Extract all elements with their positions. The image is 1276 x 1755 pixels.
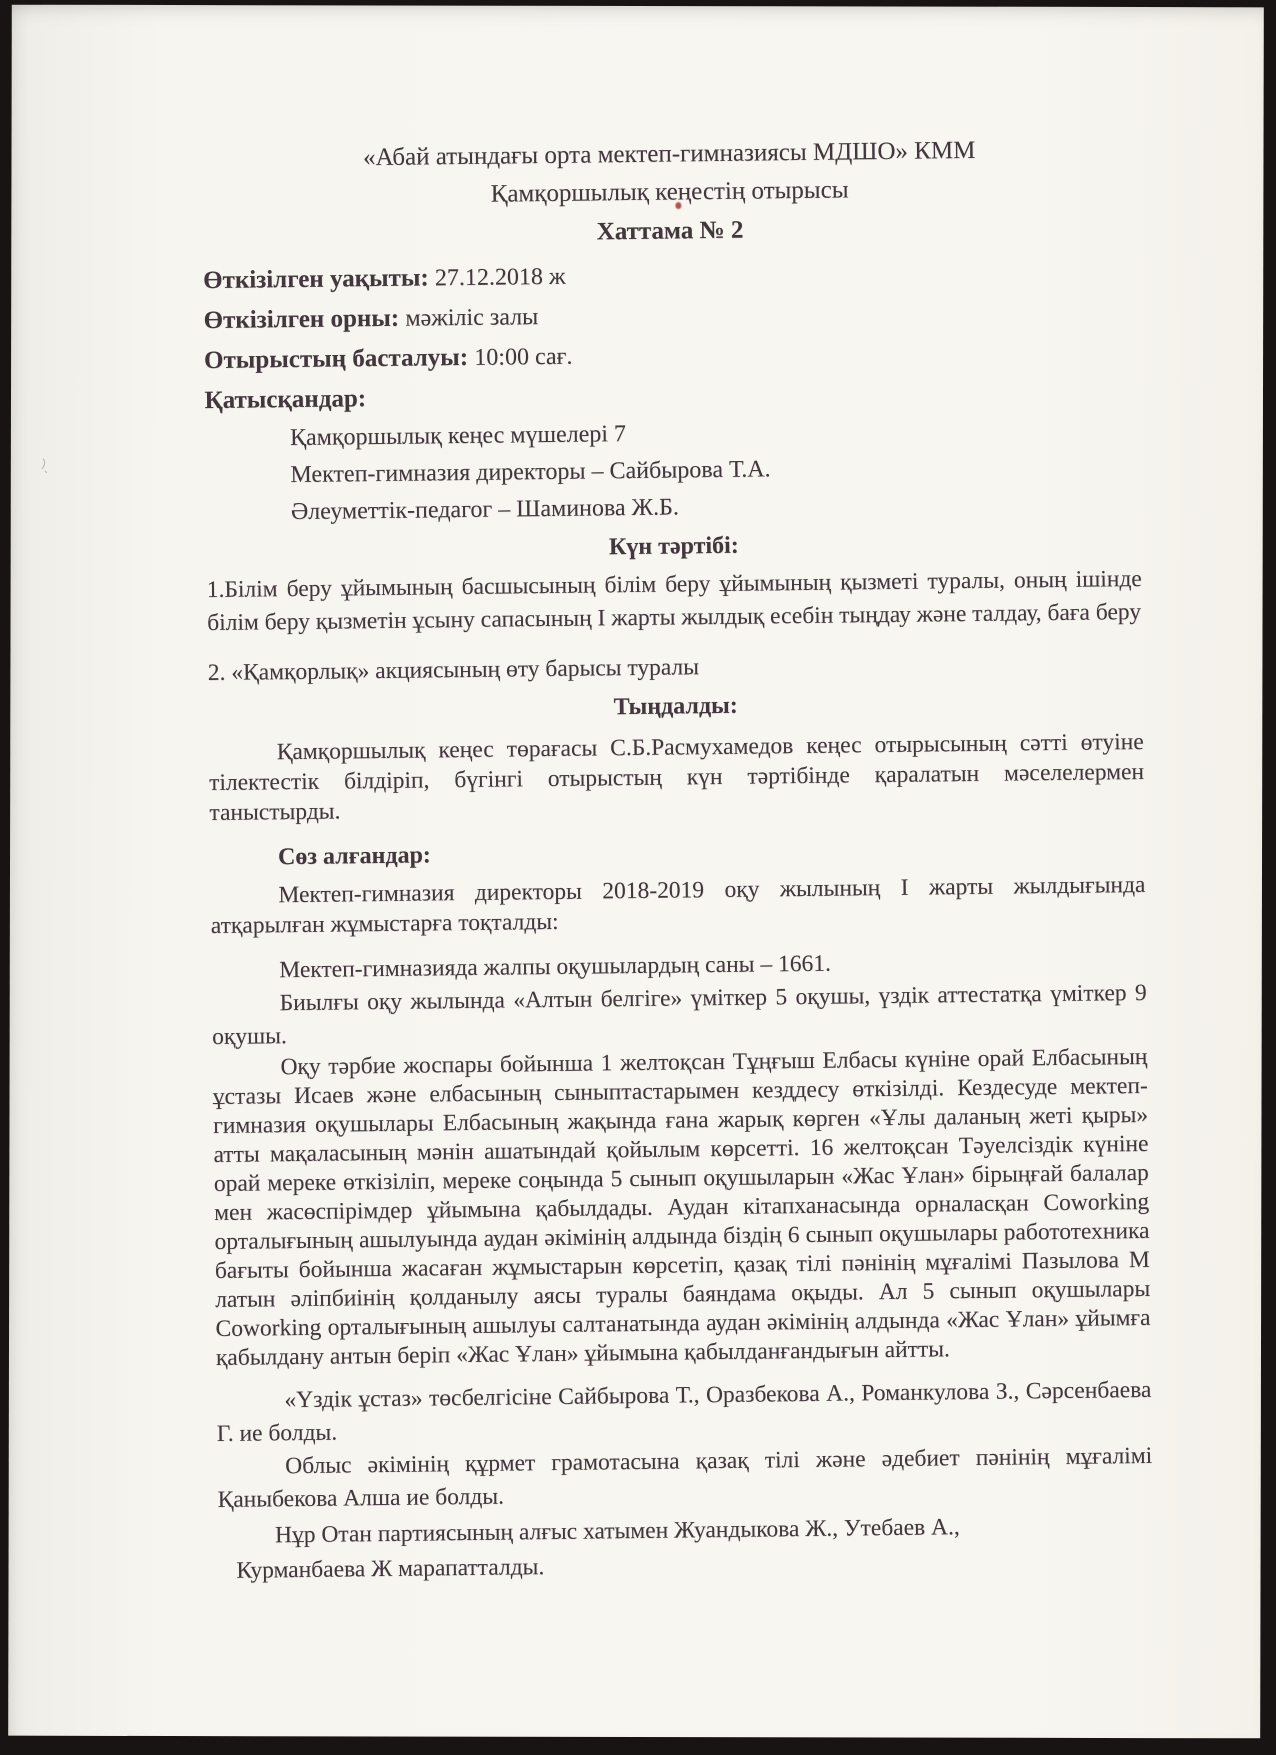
meta-label: Өткізілген орны:: [203, 305, 399, 334]
doc-title-line2: Қамқоршылық кеңестің отырысы: [202, 171, 1137, 214]
meta-label: Өткізілген уақыты:: [203, 264, 429, 294]
agenda-item-1: 1.Білім беру ұйымының басшысының білім б…: [207, 563, 1143, 640]
meta-label: Қатысқандар:: [204, 385, 366, 414]
paper-sheet: «Абай атындағы орта мектеп-гимназиясы МД…: [8, 5, 1264, 1739]
heard-paragraph: Қамқоршылық кеңес төрағасы С.Б.Расмухаме…: [209, 727, 1145, 828]
meta-value: 27.12.2018 ж: [435, 264, 566, 292]
events-paragraph: Оқу тәрбие жоспары бойынша 1 желтоқсан Т…: [212, 1043, 1151, 1373]
speakers-heading: Сөз алғандар:: [210, 832, 1145, 873]
agenda-heading: Күн тәртібі:: [206, 525, 1141, 569]
pen-mark-artifact: [39, 457, 53, 480]
participants-list: Қамқоршылық кеңес мүшелері 7 Мектеп-гимн…: [205, 410, 1141, 532]
meta-label: Отырыстың басталуы:: [204, 344, 468, 374]
scanned-document-page: { "colors": { "paper": "#f7f5f0", "ink":…: [0, 0, 1276, 1755]
agenda-item-2: 2. «Қамқорлық» акциясының өту барысы тур…: [208, 646, 1143, 690]
gramota-paragraph: Облыс әкімінің құрмет грамотасына қазақ …: [217, 1440, 1153, 1517]
candidates-paragraph: Биылғы оқу жылында «Алтын белгіге» үмітк…: [212, 977, 1148, 1054]
heard-heading: Тыңдалды:: [208, 685, 1143, 729]
document-content: «Абай атындағы орта мектеп-гимназиясы МД…: [202, 133, 1154, 1589]
meta-block: Өткізілген уақыты: 27.12.2018 ж Өткізілг…: [203, 250, 1140, 421]
speakers-intro-paragraph: Мектеп-гимназия директоры 2018-2019 оқу …: [210, 870, 1146, 941]
meta-value: мәжіліс залы: [405, 304, 538, 332]
best-teacher-paragraph: «Үздік ұстаз» төсбелгісіне Сайбырова Т.,…: [216, 1374, 1152, 1451]
meta-value: 10:00 сағ.: [474, 344, 572, 371]
doc-title-line1: «Абай атындағы орта мектеп-гимназиясы МД…: [202, 133, 1137, 176]
protocol-number: Хаттама № 2: [202, 210, 1137, 253]
